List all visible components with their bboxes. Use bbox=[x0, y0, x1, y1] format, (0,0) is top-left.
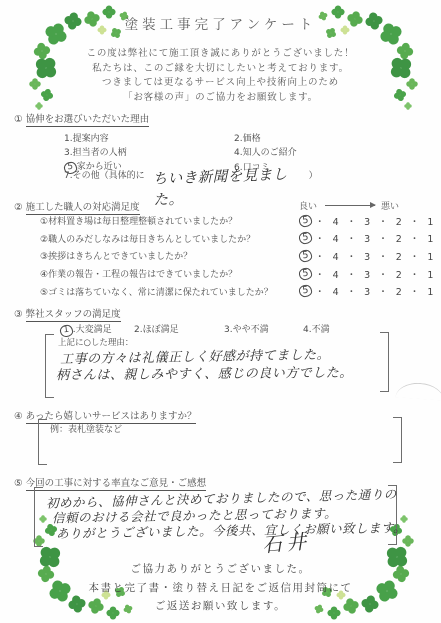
reason-handwritten-line-2: 柄さんは、親しみやすく、感じの良い方でした。 bbox=[56, 362, 353, 384]
service-example-hint: 例：表札塗装など bbox=[50, 422, 122, 435]
intro-line-4: 「お客様の声」のご協力をお願致します。 bbox=[0, 91, 441, 106]
footer-line-2: 本書と完了書・塗り替え日記をご返信用封筒にて bbox=[0, 579, 441, 598]
page-title: 塗装工事完了アンケート bbox=[0, 13, 441, 33]
rating-question-5: ⑤ゴミは落ちていなく、常に清潔に保たれていましたか？ bbox=[40, 285, 273, 298]
section5-title: 今回の工事に対する率直なご意見・ご感想 bbox=[26, 478, 207, 491]
reason-box-right-bracket bbox=[380, 332, 389, 392]
scale-arrow-icon bbox=[325, 205, 375, 206]
service-box-left-bracket bbox=[38, 419, 47, 465]
circled-rating-5: 5 bbox=[298, 232, 312, 246]
footer-line-3: ご返送お願い致します。 bbox=[0, 597, 441, 616]
scale-good-label: 良い bbox=[299, 199, 317, 212]
section1-title: 協伸をお選びいただいた理由 bbox=[26, 114, 150, 127]
option-personnel: 3.担当者の人柄 bbox=[64, 145, 234, 158]
option-other-close-paren: ） bbox=[309, 168, 318, 181]
option-dissatisfied: 4.不満 bbox=[303, 322, 330, 335]
rating-question-3: ③挨拶はきちんとできていましたか？ bbox=[40, 249, 192, 262]
footer-line-1: ご協力ありがとうございました。 bbox=[0, 560, 441, 579]
intro-line-3: つきましては更なるサービス向上や技術向上のため bbox=[0, 76, 441, 91]
rating-question-2: ②職人のみだしなみは毎日きちんとしていましたか？ bbox=[40, 232, 255, 245]
scale-bad-label: 悪い bbox=[381, 199, 399, 212]
section4-number: ④ bbox=[14, 411, 23, 422]
rating-scale-3: 5・ 4 ・ 3 ・ 2 ・ 1 bbox=[299, 249, 429, 263]
rating-scale-1: 5・ 4 ・ 3 ・ 2 ・ 1 bbox=[299, 214, 429, 228]
reason-label: 上記に○した理由： bbox=[58, 336, 133, 348]
option-somewhat-dissatisfied: 3.やや不満 bbox=[224, 322, 269, 335]
section1-number: ① bbox=[14, 114, 23, 125]
rating-row-5: ⑤ゴミは落ちていなく、常に清潔に保たれていましたか？ 5・ 4 ・ 3 ・ 2 … bbox=[40, 282, 429, 300]
option-referral: 4.知人のご紹介 bbox=[234, 145, 297, 158]
intro-text: この度は弊社にて施工頂き誠にありがとうございました！ 私たちは、このご縁を大切に… bbox=[0, 47, 441, 105]
circled-rating-5: 5 bbox=[298, 284, 312, 298]
service-box-right-bracket bbox=[393, 417, 402, 463]
rating-question-1: ①材料置き場は毎日整理整頓されていましたか？ bbox=[40, 214, 237, 227]
section2-question-rows: ①材料置き場は毎日整理整頓されていましたか？ 5・ 4 ・ 3 ・ 2 ・ 1 … bbox=[40, 212, 429, 300]
rating-row-4: ④作業の報告・工程の報告はできていましたか？ 5・ 4 ・ 3 ・ 2 ・ 1 bbox=[40, 265, 429, 283]
comment-box-left-bracket bbox=[34, 487, 43, 547]
section3-number: ③ bbox=[14, 309, 23, 320]
section2-number: ② bbox=[14, 202, 23, 213]
circled-rating-5: 5 bbox=[298, 214, 312, 228]
rating-scale-5: 5・ 4 ・ 3 ・ 2 ・ 1 bbox=[299, 284, 429, 298]
circled-rating-5: 5 bbox=[298, 249, 312, 263]
intro-line-1: この度は弊社にて施工頂き誠にありがとうございました！ bbox=[0, 47, 441, 62]
section3-heading: ③ 弊社スタッフの満足度 bbox=[14, 306, 121, 320]
intro-line-2: 私たちは、このご縁を大切にしたいと考えております。 bbox=[0, 62, 441, 77]
option-other-prefix: 7.その他（具体的に bbox=[64, 168, 145, 181]
option-very-satisfied-selected: 1.大変満足 bbox=[60, 322, 112, 337]
reason-box-left-bracket bbox=[45, 334, 54, 398]
circled-rating-5: 5 bbox=[298, 267, 312, 281]
rating-row-1: ①材料置き場は毎日整理整頓されていましたか？ 5・ 4 ・ 3 ・ 2 ・ 1 bbox=[40, 212, 429, 230]
rating-question-4: ④作業の報告・工程の報告はできていましたか？ bbox=[40, 267, 237, 280]
option-price: 2.価格 bbox=[234, 131, 261, 144]
rating-row-2: ②職人のみだしなみは毎日きちんとしていましたか？ 5・ 4 ・ 3 ・ 2 ・ … bbox=[40, 230, 429, 248]
option-proposal: 1.提案内容 bbox=[64, 131, 234, 144]
section5-number: ⑤ bbox=[14, 478, 23, 489]
rating-scale-2: 5・ 4 ・ 3 ・ 2 ・ 1 bbox=[299, 231, 429, 245]
scan-artifact bbox=[396, 381, 441, 400]
scale-header: 良い 悪い bbox=[299, 199, 427, 212]
survey-page: 塗装工事完了アンケート この度は弊社にて施工頂き誠にありがとうございました！ 私… bbox=[0, 0, 441, 623]
rating-row-3: ③挨拶はきちんとできていましたか？ 5・ 4 ・ 3 ・ 2 ・ 1 bbox=[40, 247, 429, 265]
other-handwritten-answer: ちいき新聞を見ました。 bbox=[152, 162, 303, 209]
rating-scale-4: 5・ 4 ・ 3 ・ 2 ・ 1 bbox=[299, 267, 429, 281]
section1-heading: ① 協伸をお選びいただいた理由 bbox=[14, 111, 149, 125]
footer-text: ご協力ありがとうございました。 本書と完了書・塗り替え日記をご返信用封筒にて ご… bbox=[0, 560, 441, 616]
section3-title: 弊社スタッフの満足度 bbox=[26, 309, 121, 322]
section2-heading: ② 施工した職人の対応満足度 bbox=[14, 199, 140, 213]
customer-signature: 石井 bbox=[261, 525, 311, 558]
option-mostly-satisfied: 2.ほぼ満足 bbox=[134, 322, 179, 335]
